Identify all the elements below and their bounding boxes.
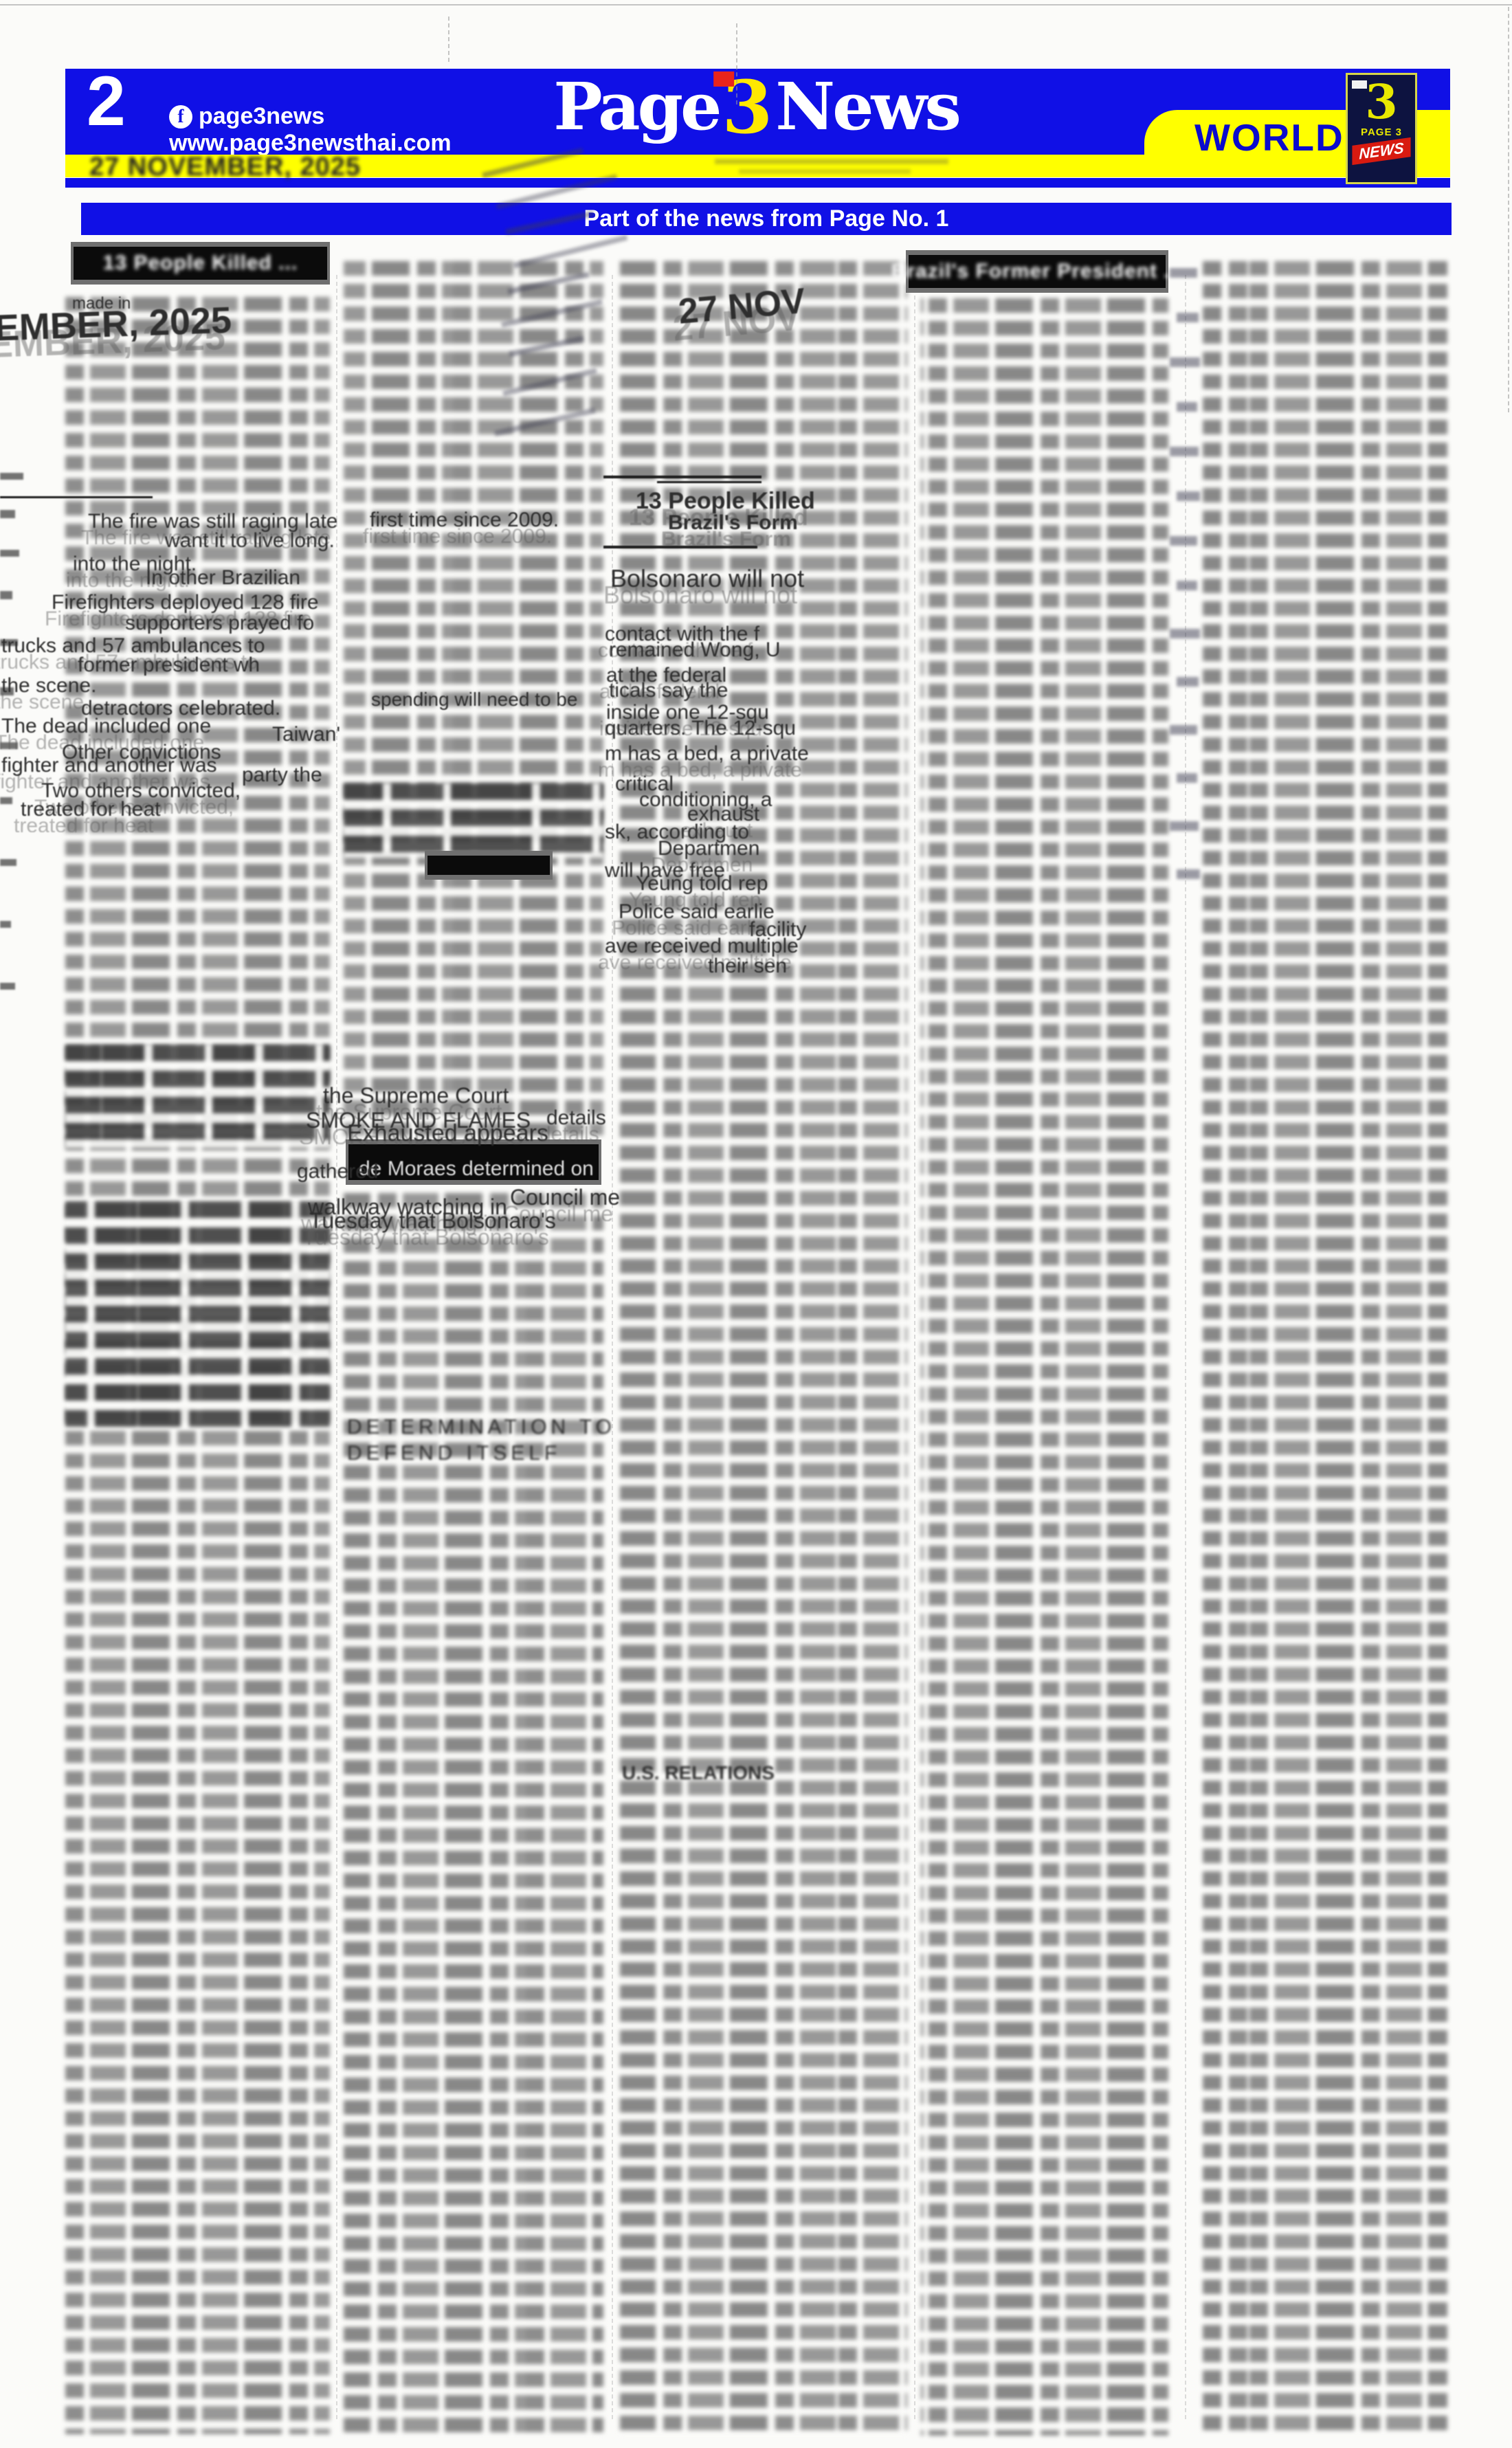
scan-edge-dashes (1508, 7, 1509, 412)
ghost-text-fragment: details (546, 1108, 606, 1128)
badge-page3-label: PAGE 3 (1361, 126, 1402, 138)
blurred-text-column (1203, 261, 1447, 2433)
ghost-text-fragment: the Supreme Court (323, 1084, 509, 1106)
page3-news-badge: 3 PAGE 3 NEWS (1346, 73, 1417, 184)
ghost-text-fragment: party the (242, 765, 322, 786)
ghost-text-fragment: fighter and another was (1, 755, 217, 776)
scan-artifact (1177, 581, 1197, 590)
scan-artifact (0, 797, 12, 804)
ghost-text-fragment: DETERMINATION TO (347, 1417, 616, 1438)
blurred-text-column (65, 1045, 330, 1148)
scan-artifact (0, 473, 23, 480)
scan-artifact (0, 591, 12, 599)
ghost-text-fragment: Bolsonaro will not (610, 566, 804, 591)
ghost-text-fragment: DEFEND ITSELF (347, 1443, 561, 1464)
scan-artifact (1170, 725, 1197, 735)
scan-artifact (1170, 357, 1200, 367)
blurred-text-column (921, 298, 1168, 2436)
headline-text: 13 People Killed ... (103, 252, 298, 275)
masthead-word-news: News (775, 73, 959, 142)
ghost-text-fragment: 13 People Killed (636, 489, 815, 513)
ghost-text-fragment: former president wh (78, 655, 260, 676)
scan-artifact (0, 921, 11, 928)
ghost-rule (0, 496, 153, 498)
ghost-text-fragment: Firefighters deployed 128 fire (52, 592, 319, 613)
column-rule (914, 275, 915, 2419)
scan-artifact (715, 159, 948, 164)
ghost-text-fragment: Exhausted appears (347, 1122, 548, 1145)
ghost-text-fragment: ave received multiple (605, 936, 799, 957)
ghost-text-fragment: spending will need to be (371, 690, 577, 709)
ghost-text-fragment: Council me (510, 1186, 620, 1208)
ghost-text-fragment: made in (72, 296, 131, 312)
scan-edge-line (0, 4, 1512, 5)
blurred-text-column (344, 783, 603, 858)
scan-artifact (1170, 821, 1199, 831)
facebook-icon: f (169, 105, 192, 129)
blurred-text-column (65, 1201, 330, 1428)
column-rule (612, 275, 613, 2419)
ghost-text-fragment: Brazil's Form (668, 513, 798, 533)
ghost-text-fragment: want it to live long. (165, 531, 335, 551)
date-text: 27 NOVEMBER, 2025 (89, 153, 361, 182)
scan-artifact (1177, 869, 1200, 879)
scan-artifact (1170, 447, 1199, 456)
newspaper-page: 2 f page3news www.page3newsthai.com Page… (0, 0, 1512, 2448)
ghost-text-fragment: U.S. RELATIONS (622, 1763, 775, 1783)
scan-edge-dashes (448, 16, 449, 62)
ghost-text-fragment: ticals say the (609, 680, 728, 701)
scan-artifact (1170, 629, 1200, 638)
ghost-text-fragment: supporters prayed fo (125, 613, 314, 634)
masthead-red-flag (714, 71, 735, 87)
scan-artifact (1177, 677, 1199, 687)
ghost-text-fragment: Taiwan' (272, 724, 340, 745)
scan-artifact (0, 859, 16, 866)
ghost-rule (603, 546, 757, 548)
headline-box: 13 People Killed ... (71, 242, 330, 285)
ghost-rule (657, 481, 761, 483)
ghost-text-fragment: In other Brazilian (146, 568, 300, 588)
facebook-handle: page3news (199, 103, 324, 130)
blurred-text-column (344, 1193, 603, 2436)
masthead: Page 3 News (553, 73, 959, 142)
scan-artifact (1177, 491, 1200, 501)
ghost-rule (603, 476, 761, 478)
scan-edge-dashes (736, 23, 737, 104)
scan-artifact (1177, 402, 1197, 412)
badge-news-label: NEWS (1352, 137, 1410, 165)
ghost-text-fragment: their sen (708, 956, 787, 977)
world-section-label: WORLD (1194, 115, 1344, 159)
scan-artifact (0, 742, 18, 749)
ghost-text-fragment: treated for heat (21, 799, 160, 820)
headline-text: Brazil's Former President ... (891, 260, 1183, 283)
scan-artifact (1177, 773, 1197, 783)
ghost-text-fragment: Tuesday that Bolsonaro's (309, 1210, 556, 1232)
facebook-row: f page3news (169, 103, 324, 130)
ghost-text-fragment: quarters. The 12-squ (605, 718, 796, 739)
scan-artifact (1170, 268, 1197, 278)
page-number: 2 (87, 66, 126, 136)
masthead-digit-3: 3 (722, 73, 773, 142)
badge-corner-mark (1352, 80, 1367, 89)
scan-artifact (0, 550, 19, 557)
strap-bar: Part of the news from Page No. 1 (81, 203, 1452, 235)
ghost-text-fragment: remained Wong, U (609, 640, 781, 660)
masthead-word-page: Page (553, 73, 719, 142)
ghost-text-fragment: m has a bed, a private (605, 744, 809, 764)
strap-text: Part of the news from Page No. 1 (584, 205, 949, 232)
ghost-text-fragment: de Moraes determined on (359, 1159, 594, 1179)
column-rule (336, 275, 337, 2419)
scan-artifact (739, 169, 911, 174)
badge-digit: 3 (1365, 79, 1397, 126)
scan-artifact (0, 510, 15, 518)
ghost-text-fragment: Departmen (658, 838, 759, 859)
ghost-text-fragment: The dead included one (1, 716, 211, 737)
ghost-text-fragment: Yeung told rep (636, 874, 768, 894)
column-rule (1185, 275, 1186, 2419)
ghost-text-fragment: first time since 2009. (370, 510, 559, 531)
headline-box: Brazil's Former President ... (906, 250, 1168, 293)
ghost-text-fragment: gathered (297, 1161, 378, 1182)
ghost-text-fragment: the scene. (1, 676, 96, 696)
scan-artifact (0, 983, 15, 990)
scan-artifact (1170, 536, 1197, 546)
scan-artifact (1177, 313, 1199, 322)
headline-box (425, 851, 553, 880)
